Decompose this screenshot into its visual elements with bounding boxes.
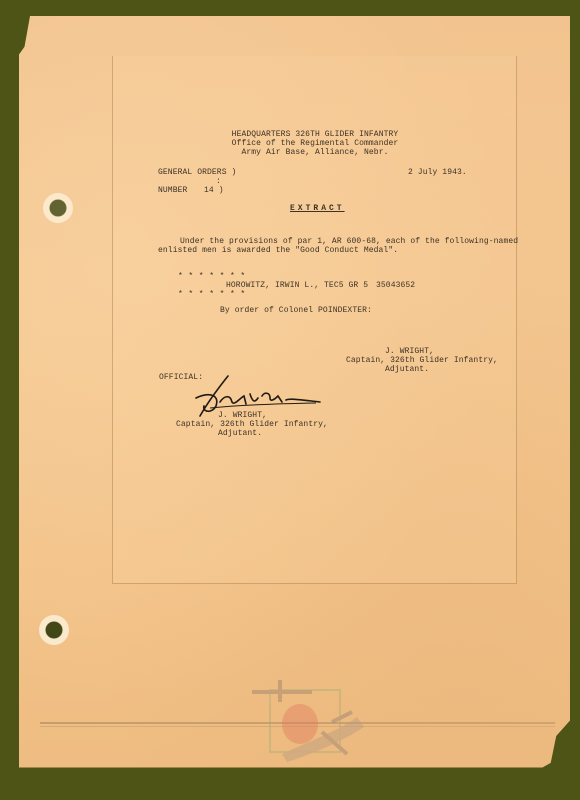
signature-role: Adjutant. xyxy=(385,365,429,374)
official-name: J. WRIGHT, xyxy=(218,411,267,420)
number-value: 14 ) xyxy=(204,186,224,195)
number-label: NUMBER xyxy=(158,186,187,195)
binder-hole-icon xyxy=(39,615,69,645)
letterhead-line3: Army Air Base, Alliance, Nebr. xyxy=(190,148,440,157)
document-title: EXTRACT xyxy=(290,204,345,213)
binder-hole-icon xyxy=(43,193,73,223)
glider-insignia-icon xyxy=(252,672,367,767)
order-date: 2 July 1943. xyxy=(408,168,467,177)
stars-row-top: * * * * * * * xyxy=(178,272,246,281)
stars-row-bottom: * * * * * * * xyxy=(178,290,246,299)
body-line2: enlisted men is awarded the "Good Conduc… xyxy=(158,246,398,255)
official-title: Captain, 326th Glider Infantry, xyxy=(176,420,328,429)
letterhead-line2: Office of the Regimental Commander xyxy=(190,139,440,148)
general-orders-label: GENERAL ORDERS ) xyxy=(158,168,236,177)
awardee-serial: 35043652 xyxy=(376,281,415,290)
by-order-line: By order of Colonel POINDEXTER: xyxy=(220,306,372,315)
colon-mark: : xyxy=(216,177,221,186)
letterhead-line1: HEADQUARTERS 326TH GLIDER INFANTRY xyxy=(190,130,440,139)
signature-name: J. WRIGHT, xyxy=(385,347,434,356)
signature-title: Captain, 326th Glider Infantry, xyxy=(346,356,498,365)
body-line1: Under the provisions of par 1, AR 600-68… xyxy=(180,237,518,246)
official-role: Adjutant. xyxy=(218,429,262,438)
awardee-name-rank: HOROWITZ, IRWIN L., TEC5 GR 5 xyxy=(226,281,368,290)
